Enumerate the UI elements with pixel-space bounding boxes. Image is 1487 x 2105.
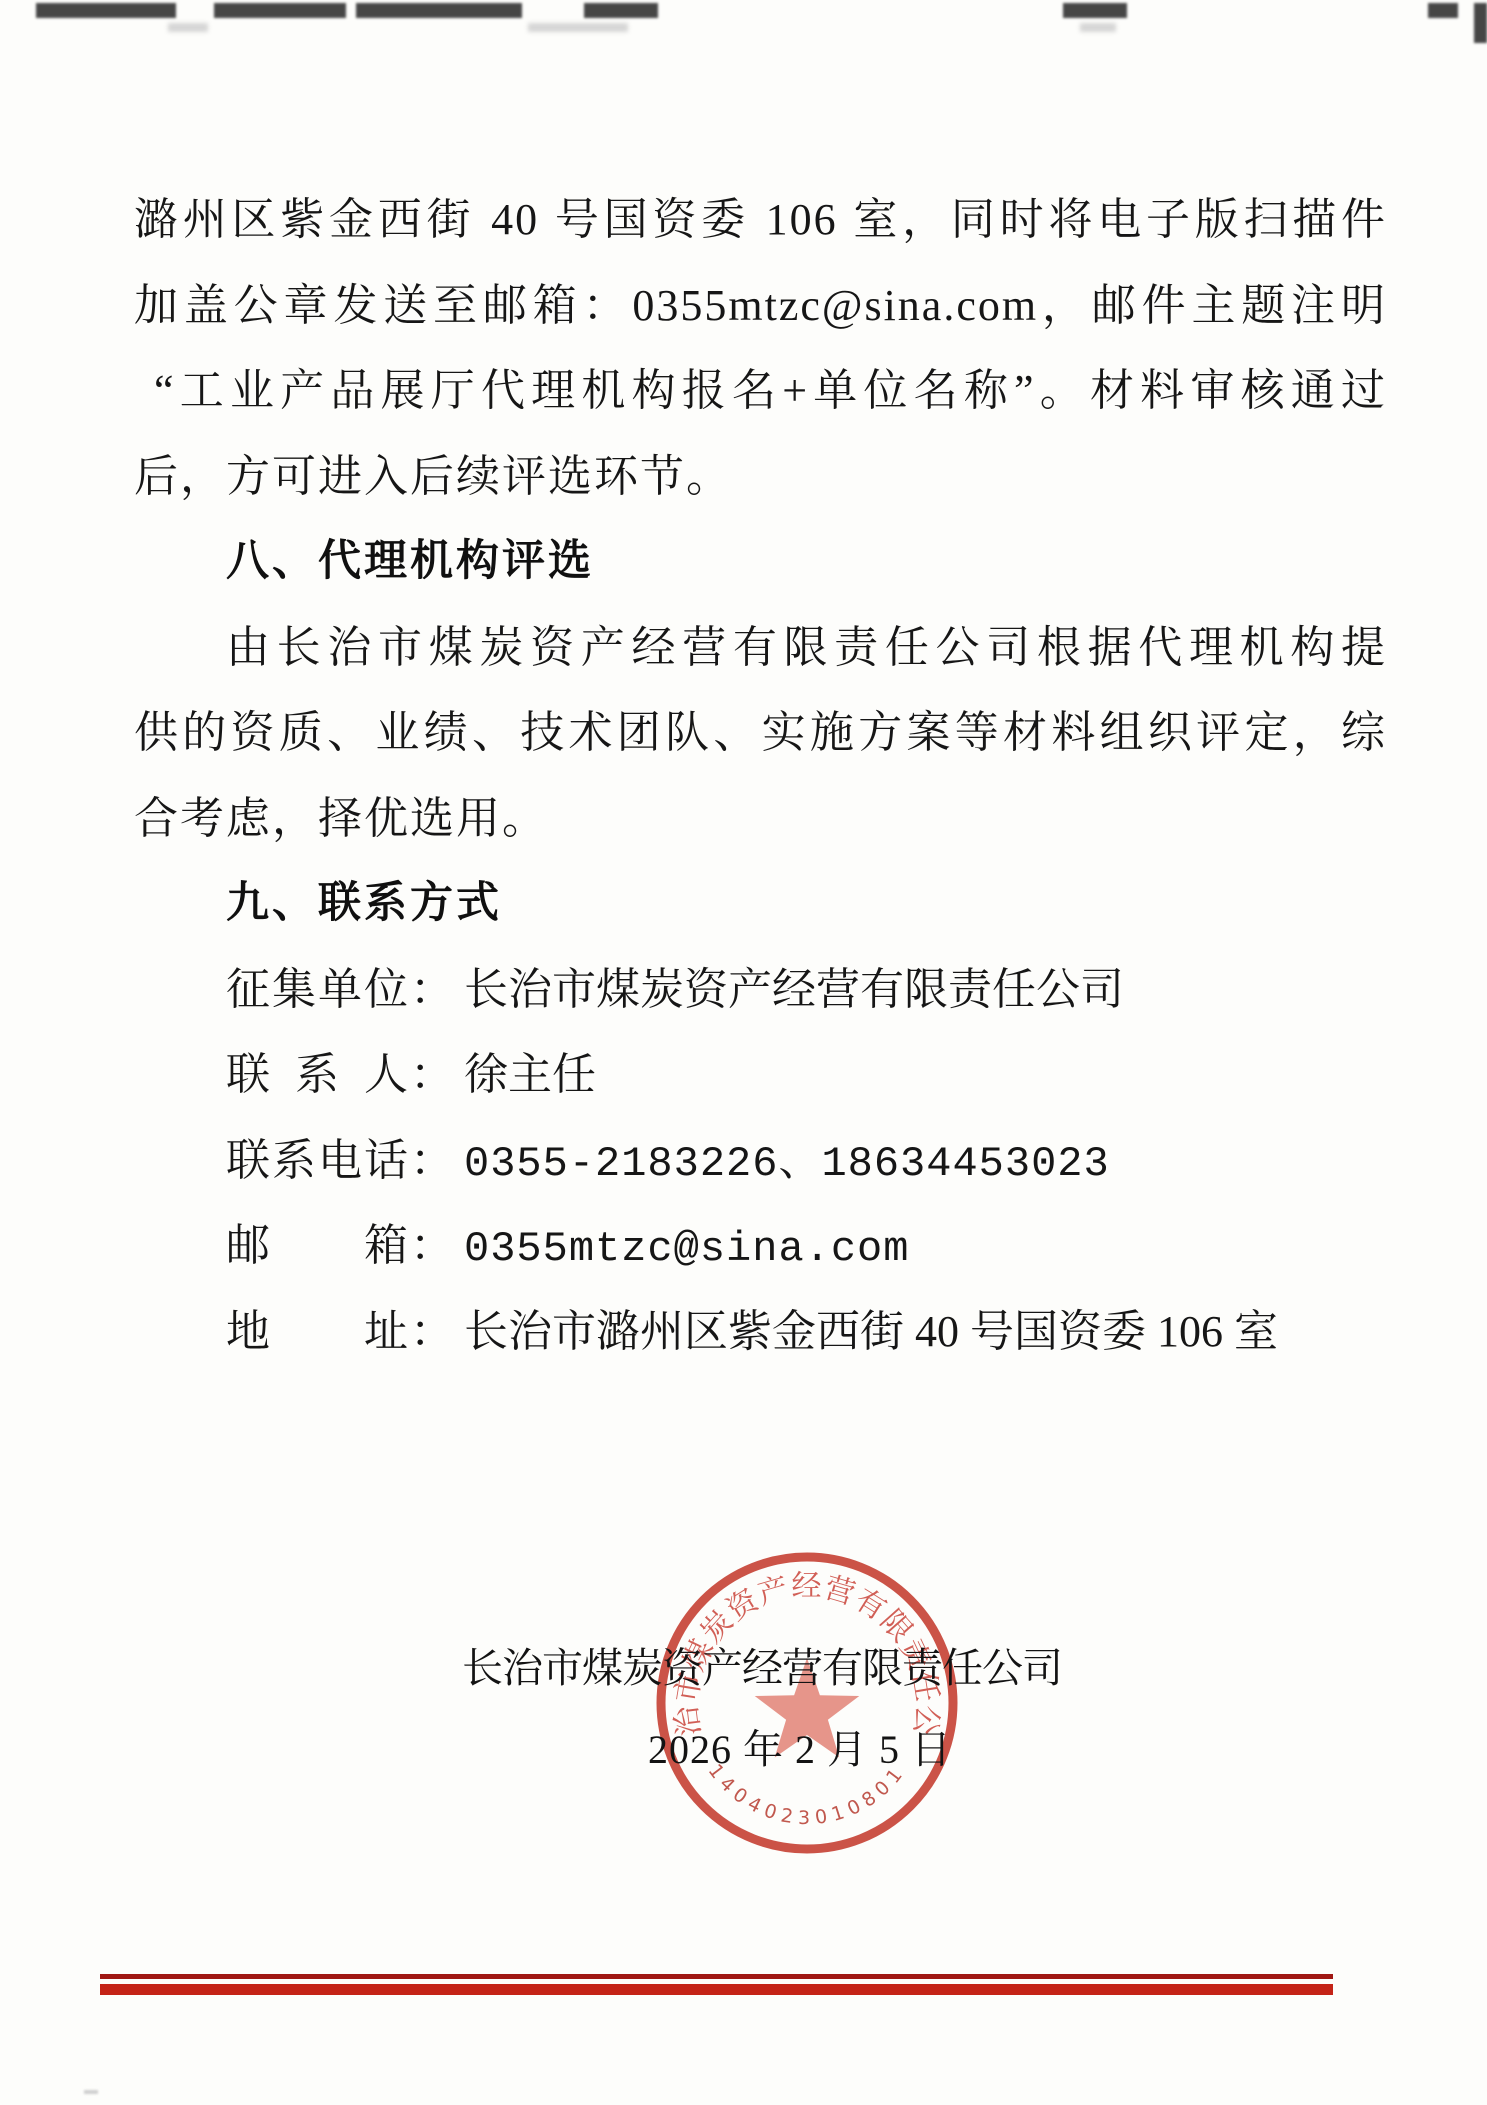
contact-label: 邮箱 — [226, 1203, 410, 1289]
scan-artifact — [1474, 3, 1487, 43]
company-seal: 长治市煤炭资产经营有限责任公司 1404023010801 — [652, 1548, 962, 1858]
contact-value: 徐主任 — [464, 1050, 596, 1099]
contact-row-person: 联系人：徐主任 — [134, 1032, 1387, 1118]
contact-colon: ： — [410, 1118, 456, 1204]
contact-label: 联系电话 — [226, 1118, 410, 1204]
contact-value: 长治市煤炭资产经营有限责任公司 — [464, 965, 1124, 1014]
section-heading-9: 九、联系方式 — [134, 861, 1387, 947]
body-line: 加盖公章发送至邮箱：0355mtzc@sina.com，邮件主题注明 — [134, 263, 1387, 349]
scan-artifact — [36, 3, 176, 18]
body-line: 合考虑，择优选用。 — [134, 776, 1387, 862]
body-line: “工业产品展厅代理机构报名+单位名称”。材料审核通过 — [134, 348, 1387, 434]
contact-value: 长治市潞州区紫金西街 40 号国资委 106 室 — [464, 1307, 1278, 1356]
document-page: 潞州区紫金西街 40 号国资委 106 室，同时将电子版扫描件 加盖公章发送至邮… — [0, 0, 1487, 2105]
contact-row-unit: 征集单位：长治市煤炭资产经营有限责任公司 — [134, 947, 1387, 1033]
scan-artifact — [528, 23, 628, 32]
contact-label: 联系人 — [226, 1032, 410, 1118]
contact-colon: ： — [410, 1289, 456, 1375]
contact-colon: ： — [410, 947, 456, 1033]
footer-rule-thick — [100, 1984, 1333, 1995]
scan-artifact — [1063, 3, 1127, 18]
scan-artifact — [356, 3, 522, 18]
body-line: 由长治市煤炭资产经营有限责任公司根据代理机构提 — [134, 605, 1387, 691]
contact-row-email: 邮箱：0355mtzc@sina.com — [134, 1203, 1387, 1289]
contact-value: 0355mtzc@sina.com — [464, 1225, 909, 1273]
scan-artifact — [214, 3, 346, 18]
signature-company: 长治市煤炭资产经营有限责任公司 — [462, 1641, 1062, 1695]
scan-artifact — [84, 2090, 98, 2094]
scan-artifact — [1428, 3, 1458, 18]
signature-date: 2026 年 2 月 5 日 — [648, 1724, 952, 1776]
scan-artifact — [168, 23, 208, 32]
contact-row-phone: 联系电话：0355-2183226、18634453023 — [134, 1118, 1387, 1204]
contact-row-address: 地址：长治市潞州区紫金西街 40 号国资委 106 室 — [134, 1289, 1387, 1375]
contact-colon: ： — [410, 1032, 456, 1118]
contact-colon: ： — [410, 1203, 456, 1289]
scan-artifact — [584, 3, 658, 18]
section-heading-8: 八、代理机构评选 — [134, 519, 1387, 605]
body-line: 供的资质、业绩、技术团队、实施方案等材料组织评定，综 — [134, 690, 1387, 776]
footer-rule — [100, 1974, 1333, 1995]
scan-artifact — [1080, 23, 1116, 32]
contact-label: 地址 — [226, 1289, 410, 1375]
contact-value: 0355-2183226、18634453023 — [464, 1140, 1110, 1188]
body-line: 潞州区紫金西街 40 号国资委 106 室，同时将电子版扫描件 — [134, 177, 1387, 263]
contact-label: 征集单位 — [226, 947, 410, 1033]
body-line: 后，方可进入后续评选环节。 — [134, 434, 1387, 520]
body-text: 潞州区紫金西街 40 号国资委 106 室，同时将电子版扫描件 加盖公章发送至邮… — [134, 177, 1387, 1374]
